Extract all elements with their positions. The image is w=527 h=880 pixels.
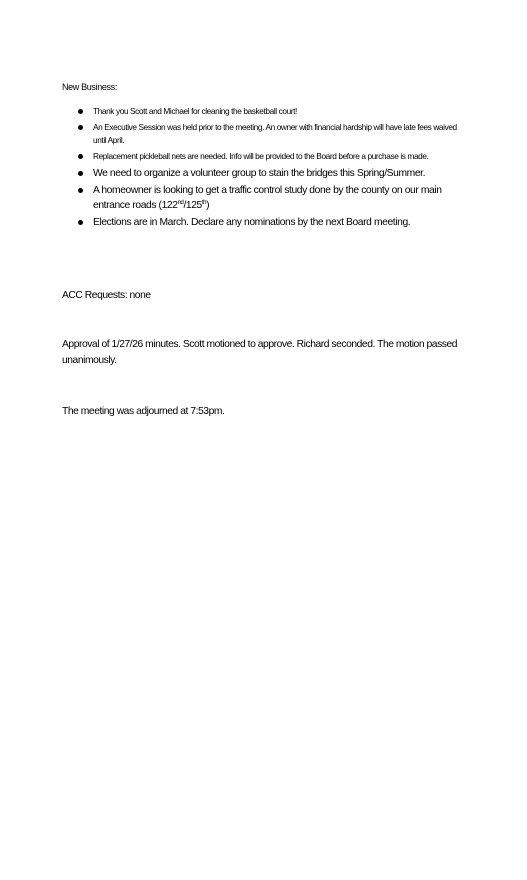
- list-item-text: Replacement pickleball nets are needed. …: [93, 151, 429, 161]
- acc-requests-text: ACC Requests: none: [62, 288, 462, 304]
- new-business-heading: New Business:: [62, 82, 117, 92]
- bullet-icon: [78, 171, 83, 176]
- list-item-text: Elections are in March. Declare any nomi…: [93, 217, 410, 228]
- bullet-icon: [78, 220, 83, 225]
- bullet-icon: [78, 188, 83, 193]
- bullet-icon: [78, 154, 83, 159]
- list-item: We need to organize a volunteer group to…: [78, 166, 458, 181]
- list-item: Thank you Scott and Michael for cleaning…: [78, 105, 458, 118]
- list-item-text: A homeowner is looking to get a traffic …: [93, 185, 442, 211]
- document-page: New Business: Thank you Scott and Michae…: [0, 0, 527, 880]
- list-item: Replacement pickleball nets are needed. …: [78, 150, 458, 163]
- list-item-text: Thank you Scott and Michael for cleaning…: [93, 106, 297, 116]
- bullet-icon: [78, 125, 83, 130]
- list-item-text: An Executive Session was held prior to t…: [93, 122, 457, 145]
- bullet-icon: [78, 109, 83, 114]
- list-item: An Executive Session was held prior to t…: [78, 121, 458, 147]
- new-business-list: Thank you Scott and Michael for cleaning…: [78, 105, 458, 232]
- adjournment-text: The meeting was adjourned at 7:53pm.: [62, 404, 462, 420]
- list-item: Elections are in March. Declare any nomi…: [78, 215, 458, 230]
- list-item-text: We need to organize a volunteer group to…: [93, 168, 425, 179]
- list-item: A homeowner is looking to get a traffic …: [78, 183, 458, 213]
- minutes-approval-text: Approval of 1/27/26 minutes. Scott motio…: [62, 337, 462, 369]
